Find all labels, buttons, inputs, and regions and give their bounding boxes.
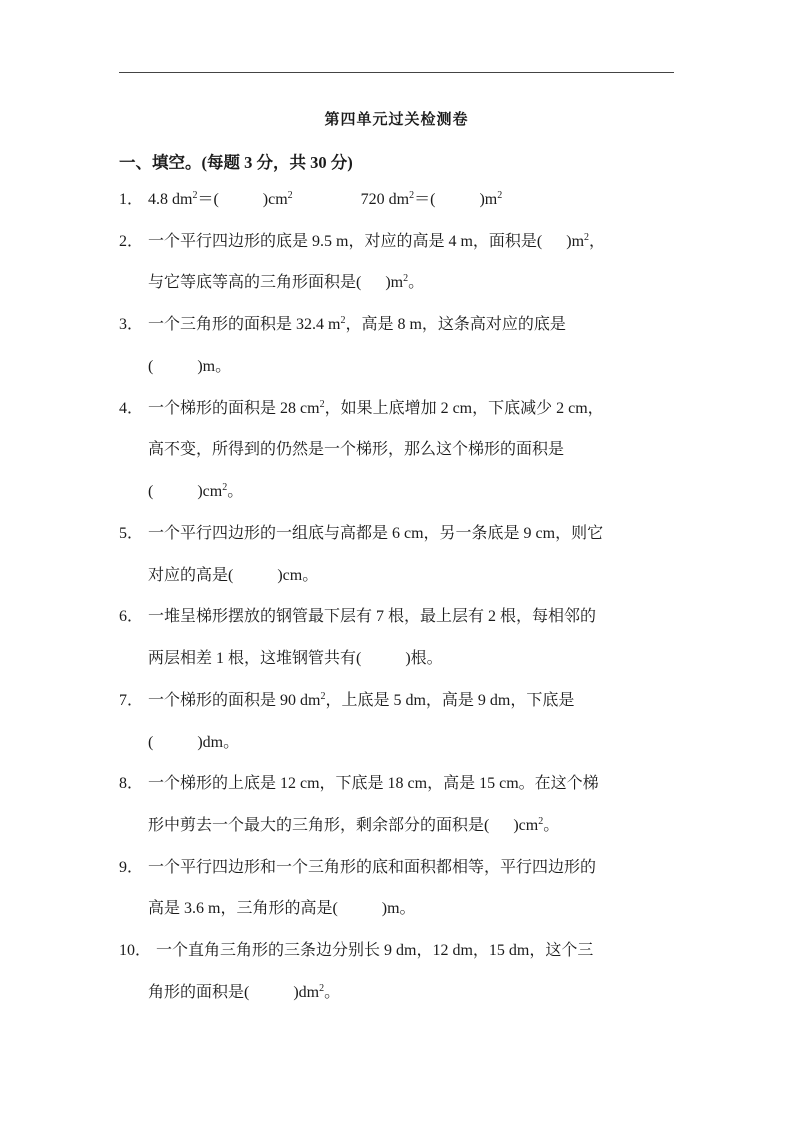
text: 一个梯形的上底是 12 cm，下底是 18 cm，高是 15 cm。在这个梯 bbox=[148, 775, 599, 792]
superscript: 2 bbox=[497, 190, 502, 201]
text: 一堆呈梯形摆放的钢管最下层有 7 根，最上层有 2 根，每相邻的 bbox=[148, 608, 596, 625]
answer-blank[interactable] bbox=[489, 816, 513, 836]
question-9-line-1: 9．一个平行四边形和一个三角形的底和面积都相等，平行四边形的 bbox=[119, 858, 596, 878]
question-number: 3． bbox=[119, 315, 148, 335]
text: 对应的高是( bbox=[148, 567, 233, 584]
text: 。 bbox=[408, 274, 424, 291]
text: )dm。 bbox=[197, 734, 239, 751]
question-7-line-2: ( )dm。 bbox=[148, 733, 239, 753]
question-number: 7． bbox=[119, 691, 148, 711]
text: ， bbox=[589, 233, 605, 250]
answer-blank[interactable] bbox=[233, 566, 277, 586]
text: 一个梯形的面积是 90 dm bbox=[148, 692, 320, 709]
text: 一个梯形的面积是 28 cm bbox=[148, 400, 320, 417]
question-2-line-2: 与它等底等高的三角形面积是( )m2。 bbox=[148, 273, 424, 293]
question-10-line-1: 10．一个直角三角形的三条边分别长 9 dm，12 dm，15 dm，这个三 bbox=[119, 941, 593, 961]
answer-blank[interactable] bbox=[153, 357, 197, 377]
answer-blank[interactable] bbox=[153, 482, 197, 502]
text: 两层相差 1 根，这堆钢管共有( bbox=[148, 650, 361, 667]
question-4-line-1: 4．一个梯形的面积是 28 cm2，如果上底增加 2 cm，下底减少 2 cm， bbox=[119, 399, 604, 419]
question-5-line-2: 对应的高是( )cm。 bbox=[148, 566, 318, 586]
text: ，上底是 5 dm，高是 9 dm，下底是 bbox=[325, 692, 574, 709]
question-4-line-2: 高不变，所得到的仍然是一个梯形，那么这个梯形的面积是 bbox=[148, 440, 564, 460]
text: )m bbox=[479, 191, 497, 208]
text: )cm bbox=[263, 191, 288, 208]
answer-blank[interactable] bbox=[361, 649, 405, 669]
text: 一个平行四边形和一个三角形的底和面积都相等，平行四边形的 bbox=[148, 859, 596, 876]
answer-blank[interactable] bbox=[435, 190, 479, 210]
text: 形中剪去一个最大的三角形，剩余部分的面积是( bbox=[148, 817, 489, 834]
text: 角形的面积是( bbox=[148, 984, 249, 1001]
text: 高不变，所得到的仍然是一个梯形，那么这个梯形的面积是 bbox=[148, 441, 564, 458]
question-number: 10． bbox=[119, 941, 156, 961]
text: )根。 bbox=[405, 650, 442, 667]
text: 4.8 dm bbox=[148, 191, 192, 208]
question-number: 5． bbox=[119, 524, 148, 544]
header-rule bbox=[119, 72, 674, 73]
question-5-line-1: 5．一个平行四边形的一组底与高都是 6 cm，另一条底是 9 cm，则它 bbox=[119, 524, 603, 544]
text: ＝( bbox=[197, 191, 218, 208]
text: ＝( bbox=[414, 191, 435, 208]
answer-blank[interactable] bbox=[153, 733, 197, 753]
section-heading: 一、填空。(每题 3 分，共 30 分) bbox=[119, 149, 353, 173]
text: ，高是 8 m，这条高对应的底是 bbox=[345, 316, 565, 333]
question-2-line-1: 2．一个平行四边形的底是 9.5 m，对应的高是 4 m，面积是( )m2， bbox=[119, 232, 605, 252]
text: 与它等底等高的三角形面积是( bbox=[148, 274, 361, 291]
answer-blank[interactable] bbox=[219, 190, 263, 210]
question-8-line-1: 8．一个梯形的上底是 12 cm，下底是 18 cm，高是 15 cm。在这个梯 bbox=[119, 774, 599, 794]
text: 高是 3.6 m，三角形的高是( bbox=[148, 900, 338, 917]
question-number: 1． bbox=[119, 190, 148, 210]
text: 。 bbox=[227, 483, 243, 500]
answer-blank[interactable] bbox=[338, 899, 382, 919]
question-number: 2． bbox=[119, 232, 148, 252]
question-4-line-3: ( )cm2。 bbox=[148, 482, 243, 502]
text: 一个平行四边形的底是 9.5 m，对应的高是 4 m，面积是( bbox=[148, 233, 542, 250]
question-1-line-1: 1．4.8 dm2＝( )cm2 720 dm2＝( )m2 bbox=[119, 190, 502, 210]
text: ，如果上底增加 2 cm，下底减少 2 cm， bbox=[325, 400, 604, 417]
answer-blank[interactable] bbox=[542, 232, 566, 252]
question-number: 9． bbox=[119, 858, 148, 878]
text: 一个三角形的面积是 32.4 m bbox=[148, 316, 340, 333]
answer-blank[interactable] bbox=[361, 273, 385, 293]
text: )m bbox=[566, 233, 584, 250]
question-number: 6． bbox=[119, 607, 148, 627]
text: )m。 bbox=[197, 358, 231, 375]
question-8-line-2: 形中剪去一个最大的三角形，剩余部分的面积是( )cm2。 bbox=[148, 816, 559, 836]
question-3-line-1: 3．一个三角形的面积是 32.4 m2，高是 8 m，这条高对应的底是 bbox=[119, 315, 566, 335]
question-7-line-1: 7．一个梯形的面积是 90 dm2，上底是 5 dm，高是 9 dm，下底是 bbox=[119, 691, 574, 711]
text: )cm bbox=[513, 817, 538, 834]
text: 一个直角三角形的三条边分别长 9 dm，12 dm，15 dm，这个三 bbox=[156, 942, 593, 959]
text: )dm bbox=[293, 984, 319, 1001]
text: )cm bbox=[197, 483, 222, 500]
text: )m。 bbox=[382, 900, 416, 917]
question-10-line-2: 角形的面积是( )dm2。 bbox=[148, 983, 340, 1003]
text: 。 bbox=[543, 817, 559, 834]
question-number: 4． bbox=[119, 399, 148, 419]
question-number: 8． bbox=[119, 774, 148, 794]
page-title: 第四单元过关检测卷 bbox=[0, 108, 793, 129]
question-6-line-1: 6．一堆呈梯形摆放的钢管最下层有 7 根，最上层有 2 根，每相邻的 bbox=[119, 607, 596, 627]
text: 一个平行四边形的一组底与高都是 6 cm，另一条底是 9 cm，则它 bbox=[148, 525, 603, 542]
text: )m bbox=[385, 274, 403, 291]
text: 720 dm bbox=[293, 191, 409, 208]
question-3-line-2: ( )m。 bbox=[148, 357, 231, 377]
question-9-line-2: 高是 3.6 m，三角形的高是( )m。 bbox=[148, 899, 416, 919]
text: )cm。 bbox=[277, 567, 318, 584]
answer-blank[interactable] bbox=[249, 983, 293, 1003]
text: 。 bbox=[324, 984, 340, 1001]
question-6-line-2: 两层相差 1 根，这堆钢管共有( )根。 bbox=[148, 649, 443, 669]
